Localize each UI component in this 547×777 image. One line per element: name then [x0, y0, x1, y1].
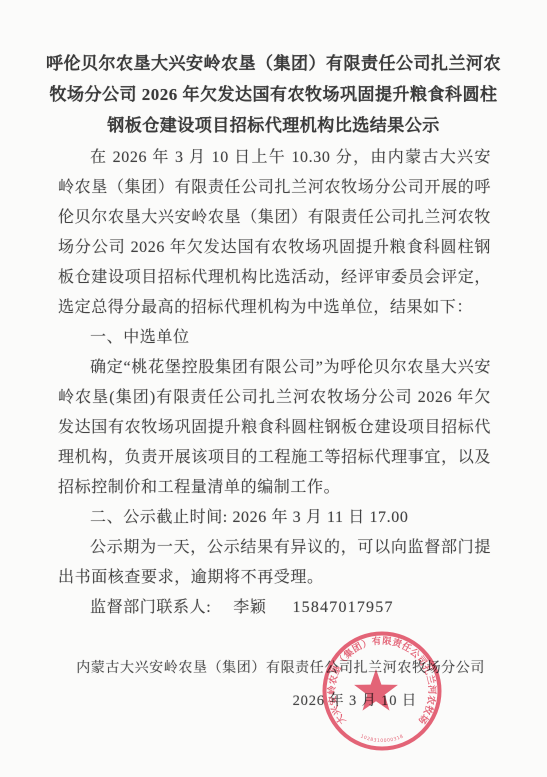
paragraph-objection: 公示期为一天，公示结果有异议的，可以向监督部门提出书面核查要求，逾期将不再受理。	[58, 533, 491, 593]
title-line-1: 呼伦贝尔农垦大兴安岭农垦（集团）有限责任公司扎兰河农	[40, 48, 507, 79]
official-seal: 内蒙古大兴安岭农垦（集团）有限责任公司扎兰河农牧场分公司 10283100003…	[319, 628, 445, 754]
paragraph-winner-detail: 确定“桃花堡控股集团有限公司”为呼伦贝尔农垦大兴安岭农垦(集团)有限责任公司扎兰…	[58, 353, 491, 503]
paragraph-intro: 在 2026 年 3 月 10 日上午 10.30 分，由内蒙古大兴安岭农垦（集…	[58, 143, 491, 323]
contact-line: 监督部门联系人:李颖15847017957	[58, 593, 491, 623]
seal-star-icon	[354, 669, 398, 711]
title-line-2: 牧场分公司 2026 年欠发达国有农牧场巩固提升粮食科圆柱	[40, 79, 507, 110]
contact-name: 李颖	[233, 599, 266, 616]
contact-phone: 15847017957	[292, 599, 393, 616]
seal-code: 1028310000318	[359, 734, 404, 745]
title-line-3: 钢板仓建设项目招标代理机构比选结果公示	[40, 110, 507, 141]
document-page: 呼伦贝尔农垦大兴安岭农垦（集团）有限责任公司扎兰河农 牧场分公司 2026 年欠…	[0, 0, 547, 777]
section-heading-deadline: 二、公示截止时间: 2026 年 3 月 11 日 17.00	[58, 503, 491, 533]
contact-label: 监督部门联系人:	[90, 599, 211, 616]
document-body: 在 2026 年 3 月 10 日上午 10.30 分，由内蒙古大兴安岭农垦（集…	[58, 143, 491, 623]
document-title: 呼伦贝尔农垦大兴安岭农垦（集团）有限责任公司扎兰河农 牧场分公司 2026 年欠…	[40, 48, 507, 141]
section-heading-winner: 一、中选单位	[58, 323, 491, 353]
